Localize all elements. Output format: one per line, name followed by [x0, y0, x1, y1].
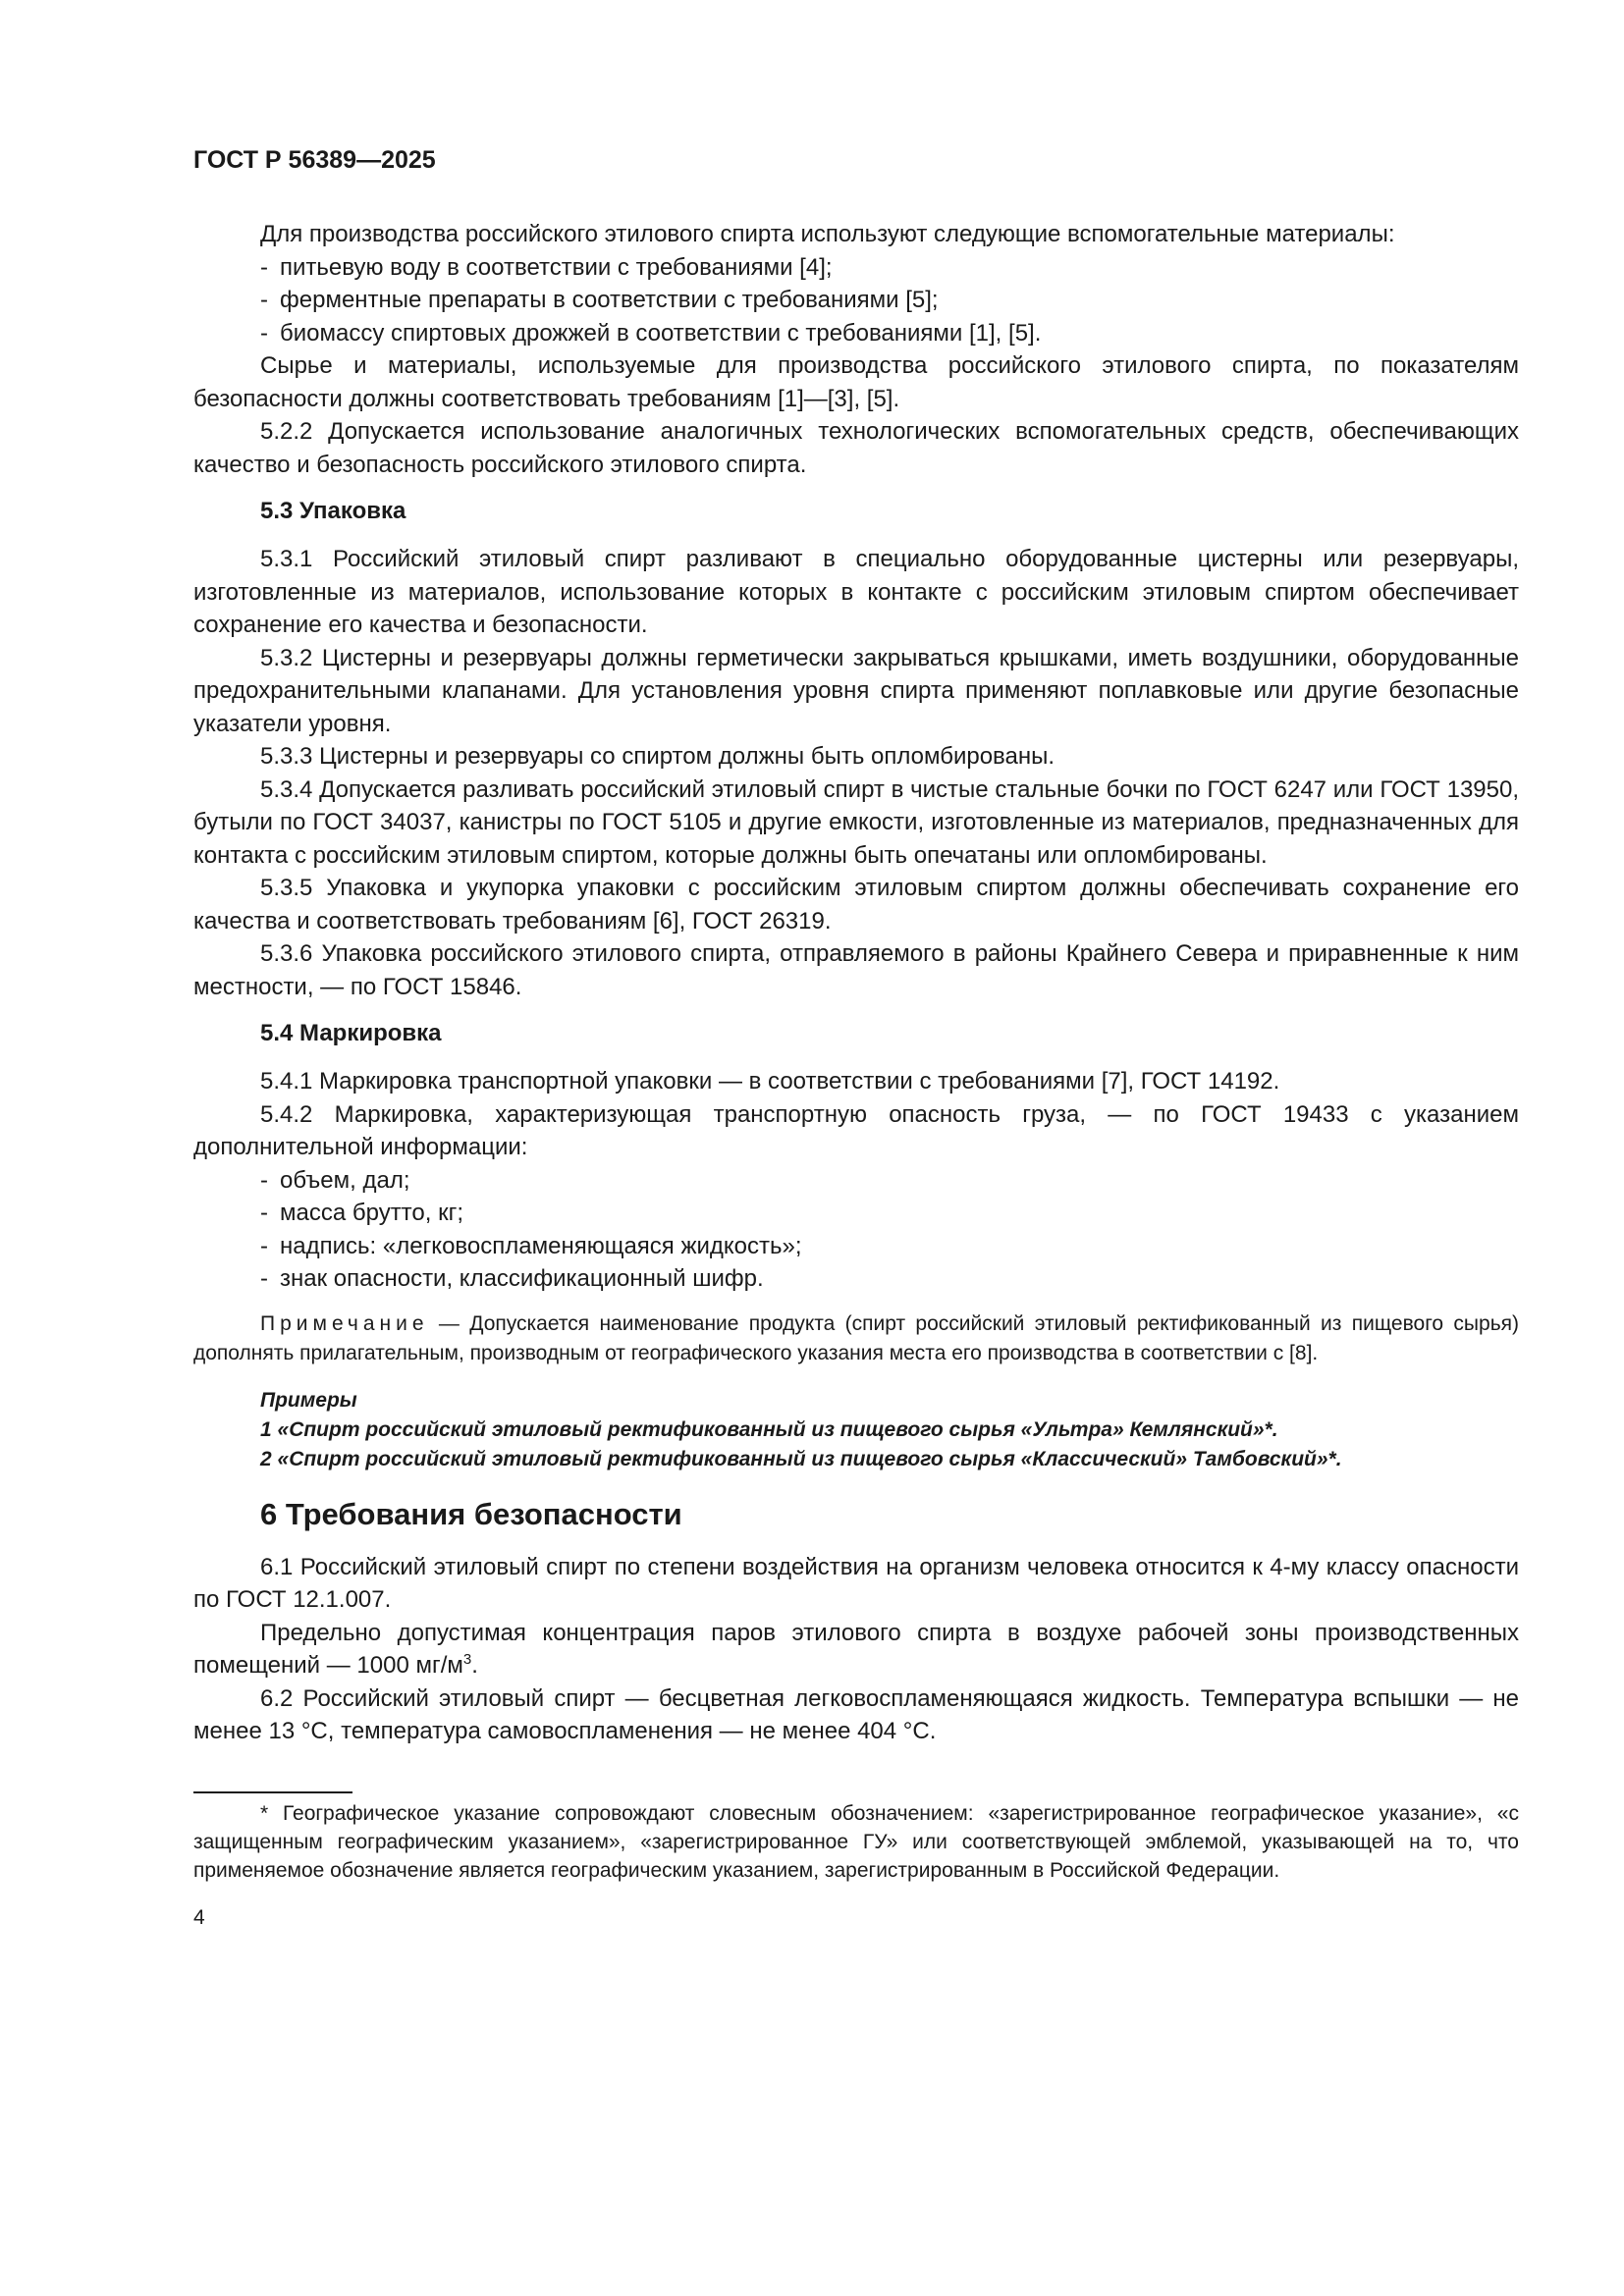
examples-block: Примеры 1 «Спирт российский этиловый рек…: [193, 1386, 1519, 1474]
clause-5-3-6: 5.3.6 Упаковка российского этилового спи…: [193, 937, 1519, 1003]
section-6-title: 6 Требования безопасности: [260, 1496, 1519, 1533]
list-item-text: биомассу спиртовых дрожжей в соответстви…: [280, 320, 1041, 347]
bullet-dash: -: [260, 317, 280, 350]
period: .: [471, 1652, 478, 1679]
bullet-dash: -: [260, 1262, 280, 1296]
bullet-dash: -: [260, 251, 280, 285]
clause-6-2: 6.2 Российский этиловый спирт — бесцветн…: [193, 1682, 1519, 1748]
bullet-dash: -: [260, 1164, 280, 1198]
list-item-text: объем, дал;: [280, 1167, 410, 1194]
list-item: -биомассу спиртовых дрожжей в соответств…: [193, 317, 1519, 350]
clause-5-4-1: 5.4.1 Маркировка транспортной упаковки —…: [193, 1065, 1519, 1098]
examples-title: Примеры: [193, 1386, 1519, 1415]
clause-5-3-1: 5.3.1 Российский этиловый спирт разливаю…: [193, 543, 1519, 642]
clause-5-3-3: 5.3.3 Цистерны и резервуары со спиртом д…: [193, 740, 1519, 774]
example-item: 1 «Спирт российский этиловый ректификова…: [193, 1415, 1519, 1445]
example-item: 2 «Спирт российский этиловый ректификова…: [193, 1445, 1519, 1474]
materials-paragraph: Сырье и материалы, используемые для прои…: [193, 349, 1519, 415]
list-item: -объем, дал;: [193, 1164, 1519, 1198]
footnote-divider: [193, 1791, 352, 1793]
clause-5-2-2: 5.2.2 Допускается использование аналогич…: [193, 415, 1519, 481]
page-number: 4: [193, 1906, 1519, 1930]
document-id: ГОСТ Р 56389—2025: [193, 145, 1519, 175]
intro-paragraph: Для производства российского этилового с…: [193, 218, 1519, 251]
list-item-text: ферментные препараты в соответствии с тр…: [280, 287, 939, 313]
footnote: * Географическое указание сопровождают с…: [193, 1799, 1519, 1885]
list-item: -знак опасности, классификационный шифр.: [193, 1262, 1519, 1296]
superscript: 3: [463, 1651, 471, 1668]
list-item: -ферментные препараты в соответствии с т…: [193, 284, 1519, 317]
note-label: Примечание: [260, 1312, 429, 1335]
clause-6-1: 6.1 Российский этиловый спирт по степени…: [193, 1551, 1519, 1617]
list-item: -питьевую воду в соответствии с требован…: [193, 251, 1519, 285]
footnote-text: * Географическое указание сопровождают с…: [193, 1799, 1519, 1885]
concentration-paragraph: Предельно допустимая концентрация паров …: [193, 1617, 1519, 1682]
section-5-4-title: 5.4 Маркировка: [260, 1017, 1519, 1049]
document-page: ГОСТ Р 56389—2025 Для производства росси…: [193, 145, 1519, 1930]
clause-5-4-2: 5.4.2 Маркировка, характеризующая трансп…: [193, 1098, 1519, 1164]
list-item-text: питьевую воду в соответствии с требовани…: [280, 254, 833, 281]
note: Примечание — Допускается наименование пр…: [193, 1309, 1519, 1368]
list-item-text: масса брутто, кг;: [280, 1200, 463, 1226]
clause-5-3-5: 5.3.5 Упаковка и укупорка упаковки с рос…: [193, 872, 1519, 937]
list-item: -масса брутто, кг;: [193, 1197, 1519, 1230]
concentration-text: Предельно допустимая концентрация паров …: [193, 1620, 1519, 1680]
list-item: -надпись: «легковоспламеняющаяся жидкост…: [193, 1230, 1519, 1263]
bullet-dash: -: [260, 284, 280, 317]
list-item-text: знак опасности, классификационный шифр.: [280, 1265, 764, 1292]
list-item-text: надпись: «легковоспламеняющаяся жидкость…: [280, 1233, 802, 1259]
clause-5-3-4: 5.3.4 Допускается разливать российский э…: [193, 774, 1519, 873]
bullet-dash: -: [260, 1230, 280, 1263]
bullet-dash: -: [260, 1197, 280, 1230]
section-5-3-title: 5.3 Упаковка: [260, 495, 1519, 527]
clause-5-3-2: 5.3.2 Цистерны и резервуары должны герме…: [193, 642, 1519, 741]
